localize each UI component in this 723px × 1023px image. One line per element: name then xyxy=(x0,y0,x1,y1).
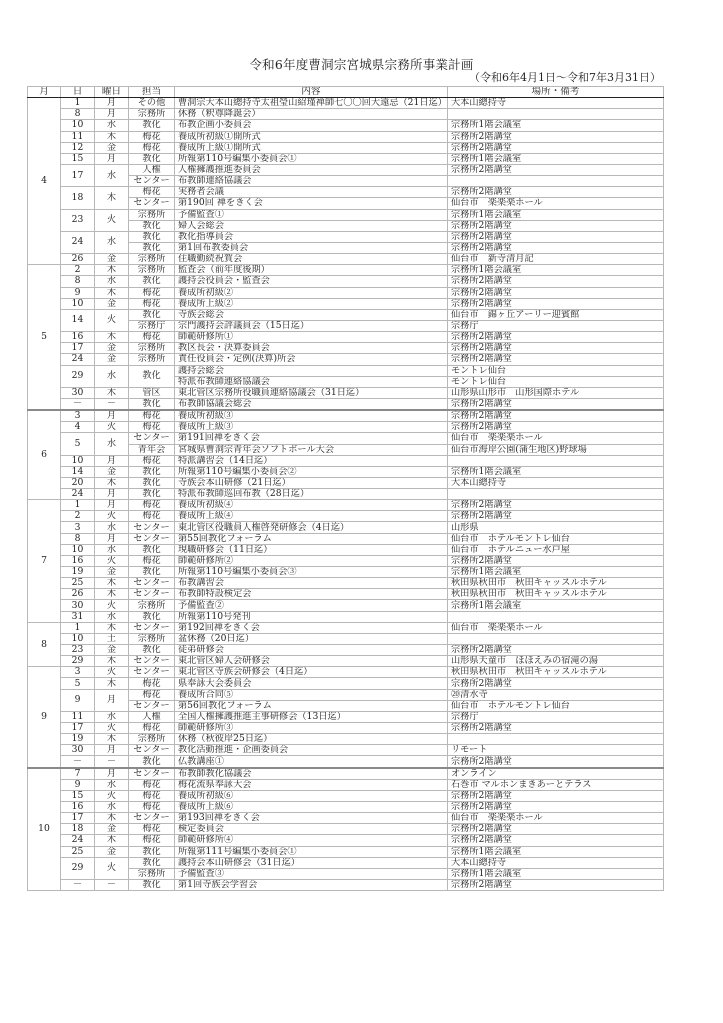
weekday-cell: 木 xyxy=(95,678,129,689)
content-cell: 監査会（前年度後期） xyxy=(175,265,448,276)
place-cell: オンライン xyxy=(448,768,664,780)
content-cell: 第1回布教委員会 xyxy=(175,242,448,253)
weekday-cell: 火 xyxy=(95,600,129,611)
owner-cell: 梅花 xyxy=(129,678,175,689)
owner-cell: 梅花 xyxy=(129,723,175,734)
day-cell: 29 xyxy=(61,365,95,387)
owner-cell: センター xyxy=(129,622,175,633)
owner-cell: 梅花 xyxy=(129,455,175,466)
content-cell: 盆休務（20日迄） xyxy=(175,633,448,644)
weekday-cell: 月 xyxy=(95,768,129,780)
content-cell: 特派布教師巡回布教（28日迄） xyxy=(175,489,448,500)
content-cell: 実務者会議 xyxy=(175,187,448,198)
owner-cell: 梅花 xyxy=(129,802,175,813)
owner-cell: 宗務所 xyxy=(129,265,175,276)
owner-cell: 梅花 xyxy=(129,298,175,309)
place-cell: 石巻市 マルホンまきあーとテラス xyxy=(448,779,664,790)
place-cell: 仙台市 ホテルモントレ仙台 xyxy=(448,533,664,544)
table-row: 23金教化徒弟研修会宗務所2階講堂 xyxy=(28,645,664,656)
content-cell: 予備監査② xyxy=(175,600,448,611)
owner-cell: 梅花 xyxy=(129,555,175,566)
table-row: 30火宗務所予備監査②宗務所1階会議室 xyxy=(28,600,664,611)
place-cell: モントレ仙台 xyxy=(448,365,664,376)
content-cell: 布教師協議会総会 xyxy=(175,398,448,410)
content-cell: 養成所上級⑥ xyxy=(175,802,448,813)
table-row: 29水教化護持会総会モントレ仙台 xyxy=(28,365,664,376)
day-cell: 1 xyxy=(61,500,95,511)
place-cell: 宗務所1階会議室 xyxy=(448,153,664,164)
weekday-cell: 木 xyxy=(95,477,129,488)
header-place: 場所・備考 xyxy=(448,87,664,98)
owner-cell: センター xyxy=(129,813,175,824)
day-cell: － xyxy=(61,756,95,768)
place-cell: 宗務所1階会議室 xyxy=(448,209,664,220)
day-cell: 15 xyxy=(61,790,95,801)
owner-cell: 宗務所 xyxy=(129,633,175,644)
owner-cell: センター xyxy=(129,656,175,667)
weekday-cell: 火 xyxy=(95,309,129,331)
owner-cell: 管区 xyxy=(129,387,175,398)
table-row: 19金教化所報第110号編集小委員会③宗務所1階会議室 xyxy=(28,567,664,578)
header-weekday: 曜日 xyxy=(95,87,129,98)
owner-cell: 教化 xyxy=(129,645,175,656)
owner-cell: センター xyxy=(129,198,175,209)
weekday-cell: 火 xyxy=(95,555,129,566)
content-cell: 婦人会総会 xyxy=(175,220,448,231)
weekday-cell: 金 xyxy=(95,354,129,365)
table-row: 9水梅花梅花流県奉詠大会石巻市 マルホンまきあーとテラス xyxy=(28,779,664,790)
day-cell: 25 xyxy=(61,846,95,857)
day-cell: － xyxy=(61,879,95,890)
content-cell: 東北管区役職員人権啓発研修会（4日迄） xyxy=(175,522,448,533)
header-content: 内容 xyxy=(175,87,448,98)
weekday-cell: 火 xyxy=(95,209,129,231)
place-cell: 仙台市 新寺清月記 xyxy=(448,254,664,265)
weekday-cell: 木 xyxy=(95,835,129,846)
place-cell: モントレ仙台 xyxy=(448,376,664,387)
weekday-cell: 木 xyxy=(95,131,129,142)
owner-cell: 教化 xyxy=(129,309,175,320)
owner-cell: 人権 xyxy=(129,711,175,722)
weekday-cell: 水 xyxy=(95,365,129,387)
table-row: 17火梅花師範研修所③宗務所2階講堂 xyxy=(28,723,664,734)
place-cell: 宗務所2階講堂 xyxy=(448,410,664,422)
header-owner: 担当 xyxy=(129,87,175,98)
weekday-cell: 水 xyxy=(95,611,129,622)
header-month: 月 xyxy=(28,87,61,98)
place-cell: 宗務所2階講堂 xyxy=(448,242,664,253)
place-cell: 宗務所2階講堂 xyxy=(448,500,664,511)
day-cell: 10 xyxy=(61,455,95,466)
place-cell: 宗務所2階講堂 xyxy=(448,678,664,689)
day-cell: 23 xyxy=(61,645,95,656)
content-cell: 予備監査① xyxy=(175,209,448,220)
owner-cell: 教化 xyxy=(129,756,175,768)
day-cell: 9 xyxy=(61,287,95,298)
content-cell: 布教師連絡協議会 xyxy=(175,176,448,187)
place-cell xyxy=(448,455,664,466)
content-cell: 教化活動推進・企画委員会 xyxy=(175,745,448,756)
weekday-cell: 金 xyxy=(95,466,129,477)
content-cell: 休務（釈尊降誕会） xyxy=(175,109,448,120)
month-cell: 9 xyxy=(28,667,61,768)
month-cell: 10 xyxy=(28,768,61,891)
content-cell: 護持会総会 xyxy=(175,365,448,376)
day-cell: 3 xyxy=(61,667,95,678)
place-cell: 仙台市 楽楽楽ホール xyxy=(448,813,664,824)
place-cell xyxy=(448,176,664,187)
owner-cell: 梅花 xyxy=(129,142,175,153)
table-row: 5水センター第191回禅をきく会仙台市 楽楽楽ホール xyxy=(28,433,664,444)
weekday-cell: 火 xyxy=(95,511,129,522)
document-period: （令和6年4月1日～令和7年3月31日） xyxy=(469,69,661,85)
table-row: 26木センター布教師特設検定会秋田県秋田市 秋田キャッスルホテル xyxy=(28,589,664,600)
owner-cell: 教化 xyxy=(129,611,175,622)
content-cell: 養成所上級①開所式 xyxy=(175,142,448,153)
owner-cell: 教化 xyxy=(129,489,175,500)
place-cell: 宗務所2階講堂 xyxy=(448,276,664,287)
day-cell: 17 xyxy=(61,343,95,354)
table-row: 16木梅花師範研修所①宗務所2階講堂 xyxy=(28,332,664,343)
day-cell: 3 xyxy=(61,522,95,533)
content-cell: 仏教講座① xyxy=(175,756,448,768)
weekday-cell: 木 xyxy=(95,734,129,745)
table-row: 16水梅花養成所上級⑥宗務所2階講堂 xyxy=(28,802,664,813)
content-cell: 養成所上級④ xyxy=(175,511,448,522)
table-row: 15火梅花養成所初級⑥宗務所2階講堂 xyxy=(28,790,664,801)
table-row: －－教化第1回寺族会学習会宗務所2階講堂 xyxy=(28,879,664,890)
day-cell: 17 xyxy=(61,813,95,824)
content-cell: 布教師特設検定会 xyxy=(175,589,448,600)
day-cell: 29 xyxy=(61,857,95,879)
table-row: 30木管区東北管区宗務所役職員連絡協議会（31日迄）山形県山形市 山形国際ホテル xyxy=(28,387,664,398)
day-cell: 19 xyxy=(61,734,95,745)
owner-cell: センター xyxy=(129,522,175,533)
day-cell: 14 xyxy=(61,466,95,477)
place-cell: 宗務所2階講堂 xyxy=(448,835,664,846)
table-row: 71月梅花養成所初級④宗務所2階講堂 xyxy=(28,500,664,511)
content-cell: 養成所合同⑤ xyxy=(175,689,448,700)
weekday-cell: 金 xyxy=(95,142,129,153)
day-cell: 17 xyxy=(61,164,95,186)
place-cell: 宗務所2階講堂 xyxy=(448,142,664,153)
day-cell: 30 xyxy=(61,745,95,756)
place-cell: 宗務所2階講堂 xyxy=(448,824,664,835)
weekday-cell: 火 xyxy=(95,857,129,879)
owner-cell: 教化 xyxy=(129,276,175,287)
weekday-cell: 金 xyxy=(95,298,129,309)
content-cell: 養成所初級①開所式 xyxy=(175,131,448,142)
place-cell: 宗務所2階講堂 xyxy=(448,131,664,142)
day-cell: 23 xyxy=(61,209,95,231)
owner-cell: 教化 xyxy=(129,879,175,890)
content-cell: 住職勤続祝賀会 xyxy=(175,254,448,265)
table-row: 3水センター東北管区役職員人権啓発研修会（4日迄）山形県 xyxy=(28,522,664,533)
content-cell: 人権擁護推進委員会 xyxy=(175,164,448,175)
content-cell: 宮城県曹洞宗青年会ソフトボール大会 xyxy=(175,444,448,455)
table-row: 17金宗務所教区長会・決算委員会宗務所2階講堂 xyxy=(28,343,664,354)
table-row: 17水人権人権擁護推進委員会宗務所2階講堂 xyxy=(28,164,664,175)
content-cell: 梅花流県奉詠大会 xyxy=(175,779,448,790)
owner-cell: 梅花 xyxy=(129,689,175,700)
day-cell: 26 xyxy=(61,589,95,600)
place-cell: 宗務所2階講堂 xyxy=(448,802,664,813)
place-cell: 仙台市 楽楽楽ホール xyxy=(448,433,664,444)
day-cell: 19 xyxy=(61,567,95,578)
place-cell: 宗務所1階会議室 xyxy=(448,265,664,276)
weekday-cell: 金 xyxy=(95,567,129,578)
content-cell: 特派布教師連絡協議会 xyxy=(175,376,448,387)
weekday-cell: 月 xyxy=(95,98,129,109)
content-cell: 徒弟研修会 xyxy=(175,645,448,656)
place-cell: 宗務所1階会議室 xyxy=(448,600,664,611)
place-cell: 秋田県秋田市 秋田キャッスルホテル xyxy=(448,578,664,589)
table-row: 4火梅花養成所上級③宗務所2階講堂 xyxy=(28,422,664,433)
weekday-cell: － xyxy=(95,398,129,410)
weekday-cell: 火 xyxy=(95,422,129,433)
content-cell: 第56回教化フォーラム xyxy=(175,700,448,711)
content-cell: 東北管区寺族会研修会（4日迄） xyxy=(175,667,448,678)
month-cell: 8 xyxy=(28,622,61,667)
content-cell: 検定委員会 xyxy=(175,824,448,835)
day-cell: 29 xyxy=(61,656,95,667)
day-cell: 30 xyxy=(61,600,95,611)
table-row: 10水教化現職研修会（11日迄）仙台市 ホテルニュー水戸屋 xyxy=(28,544,664,555)
table-row: 24金宗務所責任役員会・定例(決算)所会宗務所2階講堂 xyxy=(28,354,664,365)
table-row: 93火センター東北管区寺族会研修会（4日迄）秋田県秋田市 秋田キャッスルホテル xyxy=(28,667,664,678)
place-cell: 仙台市 楽楽楽ホール xyxy=(448,198,664,209)
content-cell: 布教企画小委員会 xyxy=(175,120,448,131)
place-cell: 宗務所2階講堂 xyxy=(448,645,664,656)
weekday-cell: 木 xyxy=(95,656,129,667)
weekday-cell: 木 xyxy=(95,187,129,209)
place-cell: 宗務所2階講堂 xyxy=(448,231,664,242)
content-cell: 養成所初級⑥ xyxy=(175,790,448,801)
place-cell: 仙台市 ホテルニュー水戸屋 xyxy=(448,544,664,555)
schedule-body: 41月その他曹洞宗大本山總持寺太祖瑩山紹瑾禅師七〇〇回大遠忌（21日迄）大本山總… xyxy=(28,98,664,891)
owner-cell: センター xyxy=(129,433,175,444)
place-cell: 秋田県秋田市 秋田キャッスルホテル xyxy=(448,667,664,678)
owner-cell: センター xyxy=(129,578,175,589)
place-cell: 宗務所2階講堂 xyxy=(448,723,664,734)
place-cell: リモート xyxy=(448,745,664,756)
weekday-cell: 土 xyxy=(95,633,129,644)
day-cell: 10 xyxy=(61,544,95,555)
owner-cell: 宗務庁 xyxy=(129,320,175,331)
owner-cell: 梅花 xyxy=(129,790,175,801)
day-cell: 16 xyxy=(61,555,95,566)
place-cell: 秋田県秋田市 秋田キャッスルホテル xyxy=(448,589,664,600)
day-cell: 31 xyxy=(61,611,95,622)
day-cell: 18 xyxy=(61,824,95,835)
content-cell: 所報第110号編集小委員会③ xyxy=(175,567,448,578)
place-cell: 宗務所2階講堂 xyxy=(448,187,664,198)
owner-cell: 教化 xyxy=(129,544,175,555)
owner-cell: 教化 xyxy=(129,242,175,253)
place-cell: 宗務所2階講堂 xyxy=(448,164,664,175)
day-cell: － xyxy=(61,398,95,410)
table-row: 30月センター教化活動推進・企画委員会リモート xyxy=(28,745,664,756)
day-cell: 4 xyxy=(61,422,95,433)
day-cell: 25 xyxy=(61,578,95,589)
owner-cell: 宗務所 xyxy=(129,354,175,365)
content-cell: 第193回禅をきく会 xyxy=(175,813,448,824)
place-cell: 宗務所2階講堂 xyxy=(448,398,664,410)
table-row: 19木宗務所休務（秋彼岸25日迄） xyxy=(28,734,664,745)
weekday-cell: 水 xyxy=(95,120,129,131)
content-cell: 第191回禅をきく会 xyxy=(175,433,448,444)
content-cell: 所報第111号編集小委員会① xyxy=(175,846,448,857)
owner-cell: 人権 xyxy=(129,164,175,175)
place-cell: 宗務所2階講堂 xyxy=(448,298,664,309)
owner-cell: 教化 xyxy=(129,477,175,488)
place-cell: 宗務庁 xyxy=(448,711,664,722)
weekday-cell: 木 xyxy=(95,813,129,824)
content-cell: 第192回禅をきく会 xyxy=(175,622,448,633)
day-cell: 7 xyxy=(61,768,95,780)
owner-cell: 梅花 xyxy=(129,511,175,522)
content-cell: 教化指導員会 xyxy=(175,231,448,242)
table-row: 26金宗務所住職勤続祝賀会仙台市 新寺清月記 xyxy=(28,254,664,265)
weekday-cell: 木 xyxy=(95,387,129,398)
content-cell: 第190回 禅をきく会 xyxy=(175,198,448,209)
owner-cell: 教化 xyxy=(129,153,175,164)
weekday-cell: 水 xyxy=(95,522,129,533)
day-cell: 24 xyxy=(61,835,95,846)
weekday-cell: 水 xyxy=(95,544,129,555)
content-cell: 第1回寺族会学習会 xyxy=(175,879,448,890)
owner-cell: センター xyxy=(129,768,175,780)
weekday-cell: 月 xyxy=(95,533,129,544)
owner-cell: その他 xyxy=(129,98,175,109)
weekday-cell: 火 xyxy=(95,723,129,734)
weekday-cell: 月 xyxy=(95,689,129,711)
owner-cell: 梅花 xyxy=(129,287,175,298)
table-row: 29火教化護持会本山研修会（31日迄）大本山總持寺 xyxy=(28,857,664,868)
weekday-cell: － xyxy=(95,879,129,890)
owner-cell: センター xyxy=(129,589,175,600)
content-cell: 曹洞宗大本山總持寺太祖瑩山紹瑾禅師七〇〇回大遠忌（21日迄） xyxy=(175,98,448,109)
table-row: 10月梅花特派講習会（14日迄） xyxy=(28,455,664,466)
day-cell: 15 xyxy=(61,153,95,164)
content-cell: 師範研修所③ xyxy=(175,723,448,734)
content-cell: 教区長会・決算委員会 xyxy=(175,343,448,354)
content-cell: 養成所上級③ xyxy=(175,422,448,433)
content-cell: 寺族会総会 xyxy=(175,309,448,320)
table-row: 9木梅花養成所初級②宗務所2階講堂 xyxy=(28,287,664,298)
day-cell: 8 xyxy=(61,109,95,120)
day-cell: 30 xyxy=(61,387,95,398)
owner-cell: 梅花 xyxy=(129,410,175,422)
content-cell: 護持会役員会・監査会 xyxy=(175,276,448,287)
content-cell: 宗門護持会評議員会（15日迄） xyxy=(175,320,448,331)
owner-cell: 宗務所 xyxy=(129,868,175,879)
content-cell: 師範研修所④ xyxy=(175,835,448,846)
day-cell: 8 xyxy=(61,276,95,287)
weekday-cell: 水 xyxy=(95,164,129,186)
table-row: －－教化布教師協議会総会宗務所2階講堂 xyxy=(28,398,664,410)
place-cell: 宗務所2階講堂 xyxy=(448,790,664,801)
table-row: 81木センター第192回禅をきく会仙台市 楽楽楽ホール xyxy=(28,622,664,633)
day-cell: 10 xyxy=(61,298,95,309)
content-cell: 師範研修所② xyxy=(175,555,448,566)
content-cell: 所報第110号編集小委員会② xyxy=(175,466,448,477)
day-cell: 26 xyxy=(61,254,95,265)
table-row: 11水人権全国人権擁護推進主事研修会（13日迄）宗務庁 xyxy=(28,711,664,722)
owner-cell: 梅花 xyxy=(129,500,175,511)
owner-cell: 教化 xyxy=(129,231,175,242)
weekday-cell: 水 xyxy=(95,779,129,790)
day-cell: 5 xyxy=(61,433,95,455)
owner-cell: 教化 xyxy=(129,398,175,410)
weekday-cell: 水 xyxy=(95,231,129,253)
weekday-cell: 木 xyxy=(95,287,129,298)
owner-cell: 教化 xyxy=(129,120,175,131)
place-cell: 仙台市 錦ヶ丘アーリー迎賓館 xyxy=(448,309,664,320)
place-cell: 宗務所1階会議室 xyxy=(448,567,664,578)
owner-cell: 梅花 xyxy=(129,824,175,835)
table-row: 63月梅花養成所初級③宗務所2階講堂 xyxy=(28,410,664,422)
day-cell: 1 xyxy=(61,98,95,109)
day-cell: 11 xyxy=(61,711,95,722)
content-cell: 休務（秋彼岸25日迄） xyxy=(175,734,448,745)
weekday-cell: 木 xyxy=(95,265,129,276)
content-cell: 布教師教化協議会 xyxy=(175,768,448,780)
table-row: 10土宗務所盆休務（20日迄） xyxy=(28,633,664,644)
month-cell: 7 xyxy=(28,500,61,623)
place-cell: 宗務所2階講堂 xyxy=(448,354,664,365)
table-row: 10金梅花養成所上級②宗務所2階講堂 xyxy=(28,298,664,309)
weekday-cell: 木 xyxy=(95,589,129,600)
content-cell: 県奉詠大会委員会 xyxy=(175,678,448,689)
content-cell: 養成所初級③ xyxy=(175,410,448,422)
table-row: 24月教化特派布教師巡回布教（28日迄） xyxy=(28,489,664,500)
day-cell: 9 xyxy=(61,779,95,790)
month-cell: 6 xyxy=(28,410,61,500)
place-cell: 宗務所1階会議室 xyxy=(448,120,664,131)
day-cell: 24 xyxy=(61,231,95,253)
place-cell: 大本山總持寺 xyxy=(448,98,664,109)
day-cell: 17 xyxy=(61,723,95,734)
weekday-cell: 水 xyxy=(95,433,129,455)
table-row: 17木センター第193回禅をきく会仙台市 楽楽楽ホール xyxy=(28,813,664,824)
day-cell: 8 xyxy=(61,533,95,544)
owner-cell: 宗務所 xyxy=(129,600,175,611)
weekday-cell: 水 xyxy=(95,802,129,813)
content-cell: 養成所初級② xyxy=(175,287,448,298)
day-cell: 16 xyxy=(61,332,95,343)
content-cell: 東北管区婦人会研修会 xyxy=(175,656,448,667)
weekday-cell: 木 xyxy=(95,578,129,589)
weekday-cell: 金 xyxy=(95,254,129,265)
place-cell: 宗務所2階講堂 xyxy=(448,879,664,890)
table-row: 14火教化寺族会総会仙台市 錦ヶ丘アーリー迎賓館 xyxy=(28,309,664,320)
content-cell: 東北管区宗務所役職員連絡協議会（31日迄） xyxy=(175,387,448,398)
content-cell: 予備監査③ xyxy=(175,868,448,879)
weekday-cell: 水 xyxy=(95,276,129,287)
owner-cell: 宗務所 xyxy=(129,343,175,354)
day-cell: 3 xyxy=(61,410,95,422)
table-row: 41月その他曹洞宗大本山總持寺太祖瑩山紹瑾禅師七〇〇回大遠忌（21日迄）大本山總… xyxy=(28,98,664,109)
table-row: 25金教化所報第111号編集小委員会①宗務所1階会議室 xyxy=(28,846,664,857)
owner-cell: 梅花 xyxy=(129,131,175,142)
table-row: 20木教化寺族会本山研修（21日迄）大本山總持寺 xyxy=(28,477,664,488)
place-cell xyxy=(448,109,664,120)
table-row: 25木センター布教講習会秋田県秋田市 秋田キャッスルホテル xyxy=(28,578,664,589)
content-cell: 所報第110号編集小委員会① xyxy=(175,153,448,164)
owner-cell: 梅花 xyxy=(129,332,175,343)
place-cell: 山形県山形市 山形国際ホテル xyxy=(448,387,664,398)
